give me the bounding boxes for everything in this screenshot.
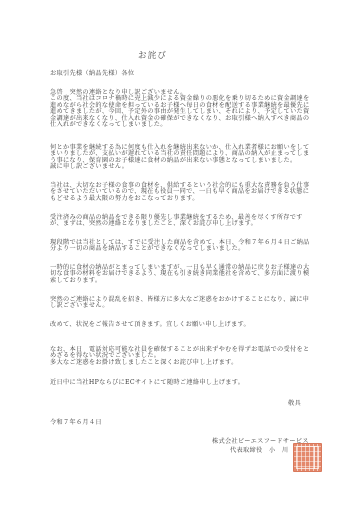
text-line: 近日中に当社HPならびにECサイトにて随時ご連絡申し上げます。: [50, 380, 320, 387]
paragraph-7: 突然のご連絡により混乱を招き、皆様方に多大なご迷惑をおかけすることになり、誠に申…: [50, 297, 320, 310]
seal-column-divider: [314, 446, 315, 469]
text-line: が、まずは、突然の連絡となりましたこと、深くお詫び申し上げます。: [50, 221, 320, 228]
text-line: 改めて、状況をご報告させて頂きます。宜しくお願い申し上げます。: [50, 322, 320, 329]
paragraph-9: なお、本日 電話対応可能な社員を確保することが出来ずやむを得ずお電話での受付をと…: [50, 347, 320, 367]
text-line: 誠に申し訳ございません。: [50, 164, 320, 171]
letter-date: 令和７年６月４日: [50, 420, 102, 427]
representative-name: 代表取締役 小 川: [230, 448, 288, 455]
paragraph-3: 当社は、大切なお子様の食事の食材を、供給するという社会的にも重大な責務を負う仕事…: [50, 183, 320, 203]
text-line: 分より一切の商品を納品することができなくなってしまいました。: [50, 246, 320, 253]
text-line: もどせるよう最大限の努力をおこなっております。: [50, 196, 320, 203]
letter-page: お詫び お取引先様（納品先様）各位 急啓 突然の連絡となり申し訳ございません。 …: [0, 0, 360, 509]
paragraph-6: 一時的に食材の納品がとまってしまいますが、一日も早く通常の納品に戻りお子様達の大…: [50, 265, 320, 285]
text-line: 多大なご迷惑をお掛け致しましたこと深くお詫び申し上げます。: [50, 360, 320, 367]
closing-keigu: 敬具: [288, 401, 301, 408]
paragraph-5: 現段階では当社としては、すでに受注した商品を含めて、本日、令和７年６月４日ご納品…: [50, 240, 320, 253]
paragraph-1: 急啓 突然の連絡となり申し訳ございません。 この度、当社はコロナ禍時に売上減少に…: [50, 90, 320, 129]
paragraph-10: 近日中に当社HPならびにECサイトにて随時ご連絡申し上げます。: [50, 380, 320, 387]
seal-inner-border: [296, 446, 319, 469]
text-line: 仕入れができなくなってしまいました。: [50, 122, 320, 129]
paragraph-8: 改めて、状況をご報告させて頂きます。宜しくお願い申し上げます。: [50, 322, 320, 329]
document-title: お詫び: [138, 51, 167, 61]
paragraph-4: 受注済みの商品の納品をできる限り優先し事業継続をするため、最善を尽くす所存です …: [50, 215, 320, 228]
text-line: 索しております。: [50, 278, 320, 285]
addressee: お取引先様（納品先様）各位: [50, 71, 134, 78]
paragraph-2: 何とか事業を継続する為に何度も仕入れを継続出来ないか、仕入れ業者様にお願いをして…: [50, 145, 320, 171]
text-line: し訳ございません。: [50, 303, 320, 310]
company-seal-stamp-icon: [293, 443, 322, 472]
